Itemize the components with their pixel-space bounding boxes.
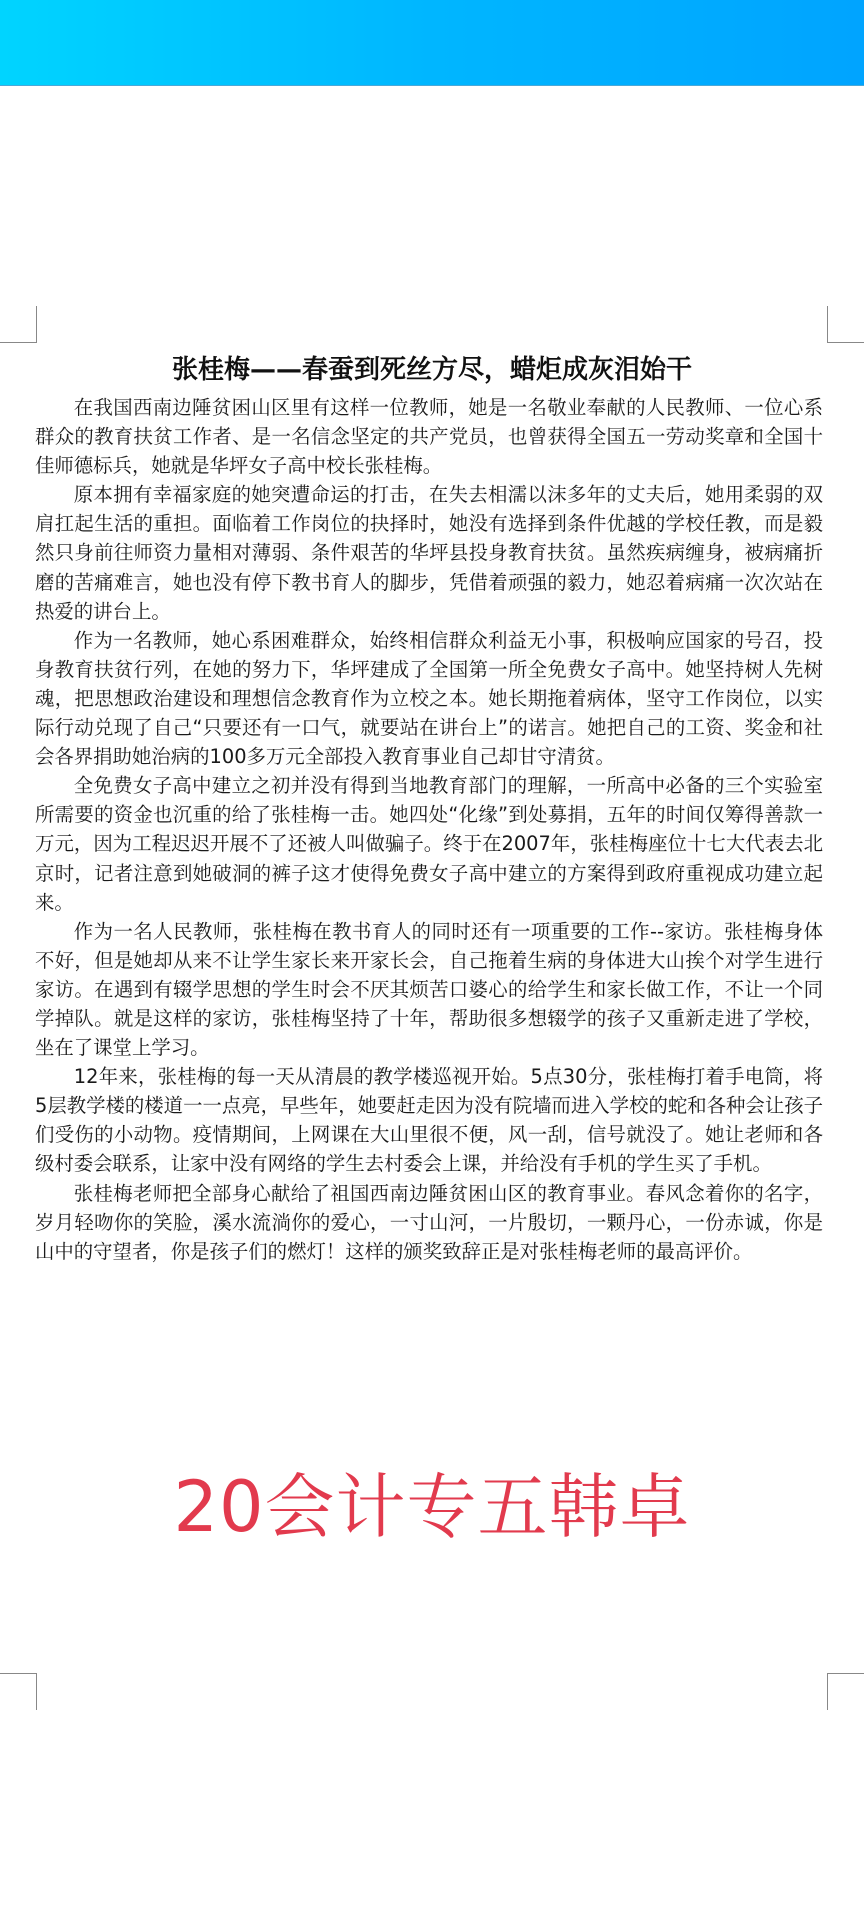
document-body: 在我国西南边陲贫困山区里有这样一位教师，她是一名敬业奉献的人民教师、一位心系群众… [35,393,823,1266]
page-margin-corner-top-right [827,306,864,343]
page-margin-corner-bottom-right [827,1673,864,1710]
paragraph-4: 全免费女子高中建立之初并没有得到当地教育部门的理解，一所高中必备的三个实验室所需… [35,771,823,916]
top-header-bar [0,0,864,86]
paragraph-7: 张桂梅老师把全部身心献给了祖国西南边陲贫困山区的教育事业。春风念着你的名字，岁月… [35,1179,823,1266]
author-signature: 20会计专五韩卓 [0,1462,864,1552]
paragraph-3: 作为一名教师，她心系困难群众，始终相信群众利益无小事，积极响应国家的号召，投身教… [35,626,823,771]
paragraph-1: 在我国西南边陲贫困山区里有这样一位教师，她是一名敬业奉献的人民教师、一位心系群众… [35,393,823,480]
page-margin-corner-bottom-left [0,1673,37,1710]
document-title: 张桂梅——春蚕到死丝方尽，蜡炬成灰泪始干 [0,349,864,386]
paragraph-5: 作为一名人民教师，张桂梅在教书育人的同时还有一项重要的工作--家访。张桂梅身体不… [35,917,823,1062]
page-margin-corner-top-left [0,306,37,343]
paragraph-6: 12年来，张桂梅的每一天从清晨的教学楼巡视开始。5点30分，张桂梅打着手电筒，将… [35,1062,823,1178]
paragraph-2: 原本拥有幸福家庭的她突遭命运的打击，在失去相濡以沫多年的丈夫后，她用柔弱的双肩扛… [35,480,823,625]
